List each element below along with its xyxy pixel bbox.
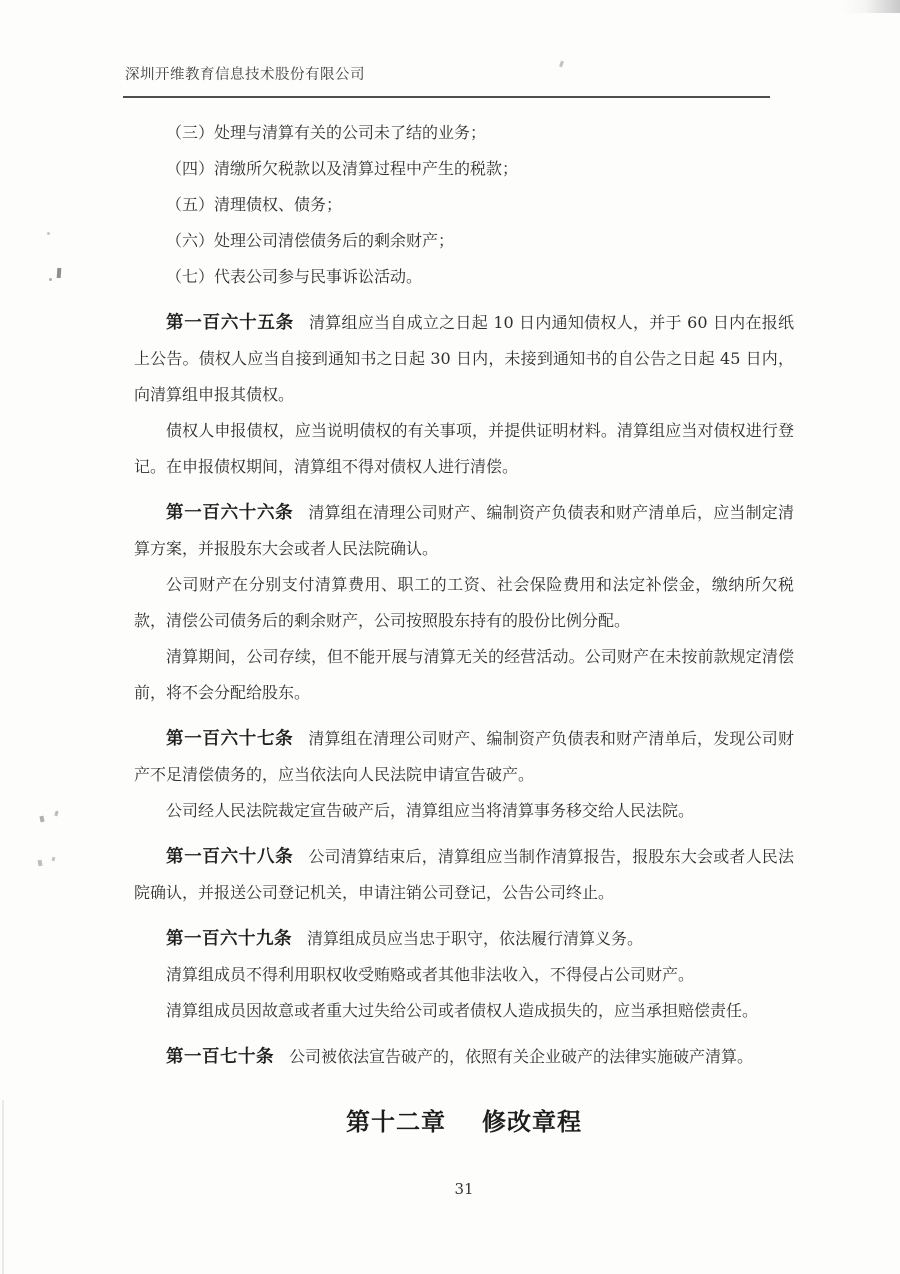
chapter-title: 修改章程 <box>482 1107 582 1136</box>
article-165-paragraph-2: 债权人申报债权，应当说明债权的有关事项，并提供证明材料。清算组应当对债权进行登记… <box>134 413 794 485</box>
article-167-paragraph-2: 公司经人民法院裁定宣告破产后，清算组应当将清算事务移交给人民法院。 <box>134 793 794 829</box>
article-166-paragraph-2: 公司财产在分别支付清算费用、职工的工资、社会保险费用和法定补偿金，缴纳所欠税款，… <box>134 567 794 639</box>
clause-item-5: （五）清理债权、债务； <box>134 187 794 223</box>
article-166-opening: 第一百六十六条清算组在清理公司财产、编制资产负债表和财产清单后，应当制定清算方案… <box>134 495 794 567</box>
scan-artifact <box>54 811 58 817</box>
chapter-number: 第十二章 <box>346 1107 446 1136</box>
clause-item-3: （三）处理与清算有关的公司未了结的业务； <box>134 115 794 151</box>
clause-item-7: （七）代表公司参与民事诉讼活动。 <box>134 259 794 295</box>
article-169-number: 第一百六十九条 <box>166 929 292 949</box>
article-166-paragraph-3: 清算期间，公司存续，但不能开展与清算无关的经营活动。公司财产在未按前款规定清偿前… <box>134 639 794 711</box>
article-165-number: 第一百六十五条 <box>166 313 294 333</box>
article-168-opening: 第一百六十八条公司清算结束后，清算组应当制作清算报告，报股东大会或者人民法院确认… <box>134 839 794 911</box>
article-169-text: 清算组成员应当忠于职守，依法履行清算义务。 <box>307 929 643 948</box>
article-167-opening: 第一百六十七条清算组在清理公司财产、编制资产负债表和财产清单后，发现公司财产不足… <box>134 721 794 793</box>
scan-artifact <box>57 268 62 278</box>
clause-item-6: （六）处理公司清偿债务后的剩余财产； <box>134 223 794 259</box>
chapter-heading: 第十二章修改章程 <box>134 1105 794 1139</box>
article-166-number: 第一百六十六条 <box>166 503 293 523</box>
scan-smudge <box>842 0 900 13</box>
article-170-number: 第一百七十条 <box>166 1047 274 1067</box>
document-page: 深圳开维教育信息技术股份有限公司 （三）处理与清算有关的公司未了结的业务； （四… <box>0 0 900 1274</box>
article-169-opening: 第一百六十九条清算组成员应当忠于职守，依法履行清算义务。 <box>134 921 794 957</box>
article-167-number: 第一百六十七条 <box>166 729 293 749</box>
scan-artifact <box>49 278 52 281</box>
scan-artifact <box>47 232 50 235</box>
scan-artifact <box>39 816 44 823</box>
article-169-paragraph-2: 清算组成员不得利用职权收受贿赂或者其他非法收入，不得侵占公司财产。 <box>134 957 794 993</box>
article-170-opening: 第一百七十条公司被依法宣告破产的，依照有关企业破产的法律实施破产清算。 <box>134 1039 794 1075</box>
article-169-paragraph-3: 清算组成员因故意或者重大过失给公司或者债权人造成损失的，应当承担赔偿责任。 <box>134 993 794 1029</box>
header-divider <box>123 96 770 98</box>
document-body: （三）处理与清算有关的公司未了结的业务； （四）清缴所欠税款以及清算过程中产生的… <box>134 115 794 1139</box>
clause-item-4: （四）清缴所欠税款以及清算过程中产生的税款； <box>134 151 794 187</box>
scan-artifact <box>38 860 43 867</box>
company-name: 深圳开维教育信息技术股份有限公司 <box>125 63 365 84</box>
scan-edge-shadow <box>2 1100 4 1274</box>
article-165-opening: 第一百六十五条清算组应当自成立之日起 10 日内通知债权人，并于 60 日内在报… <box>134 305 794 413</box>
article-168-number: 第一百六十八条 <box>166 847 293 867</box>
page-number: 31 <box>134 1180 794 1198</box>
scan-artifact <box>559 61 564 68</box>
scan-artifact <box>52 857 56 862</box>
article-170-text: 公司被依法宣告破产的，依照有关企业破产的法律实施破产清算。 <box>289 1047 753 1066</box>
